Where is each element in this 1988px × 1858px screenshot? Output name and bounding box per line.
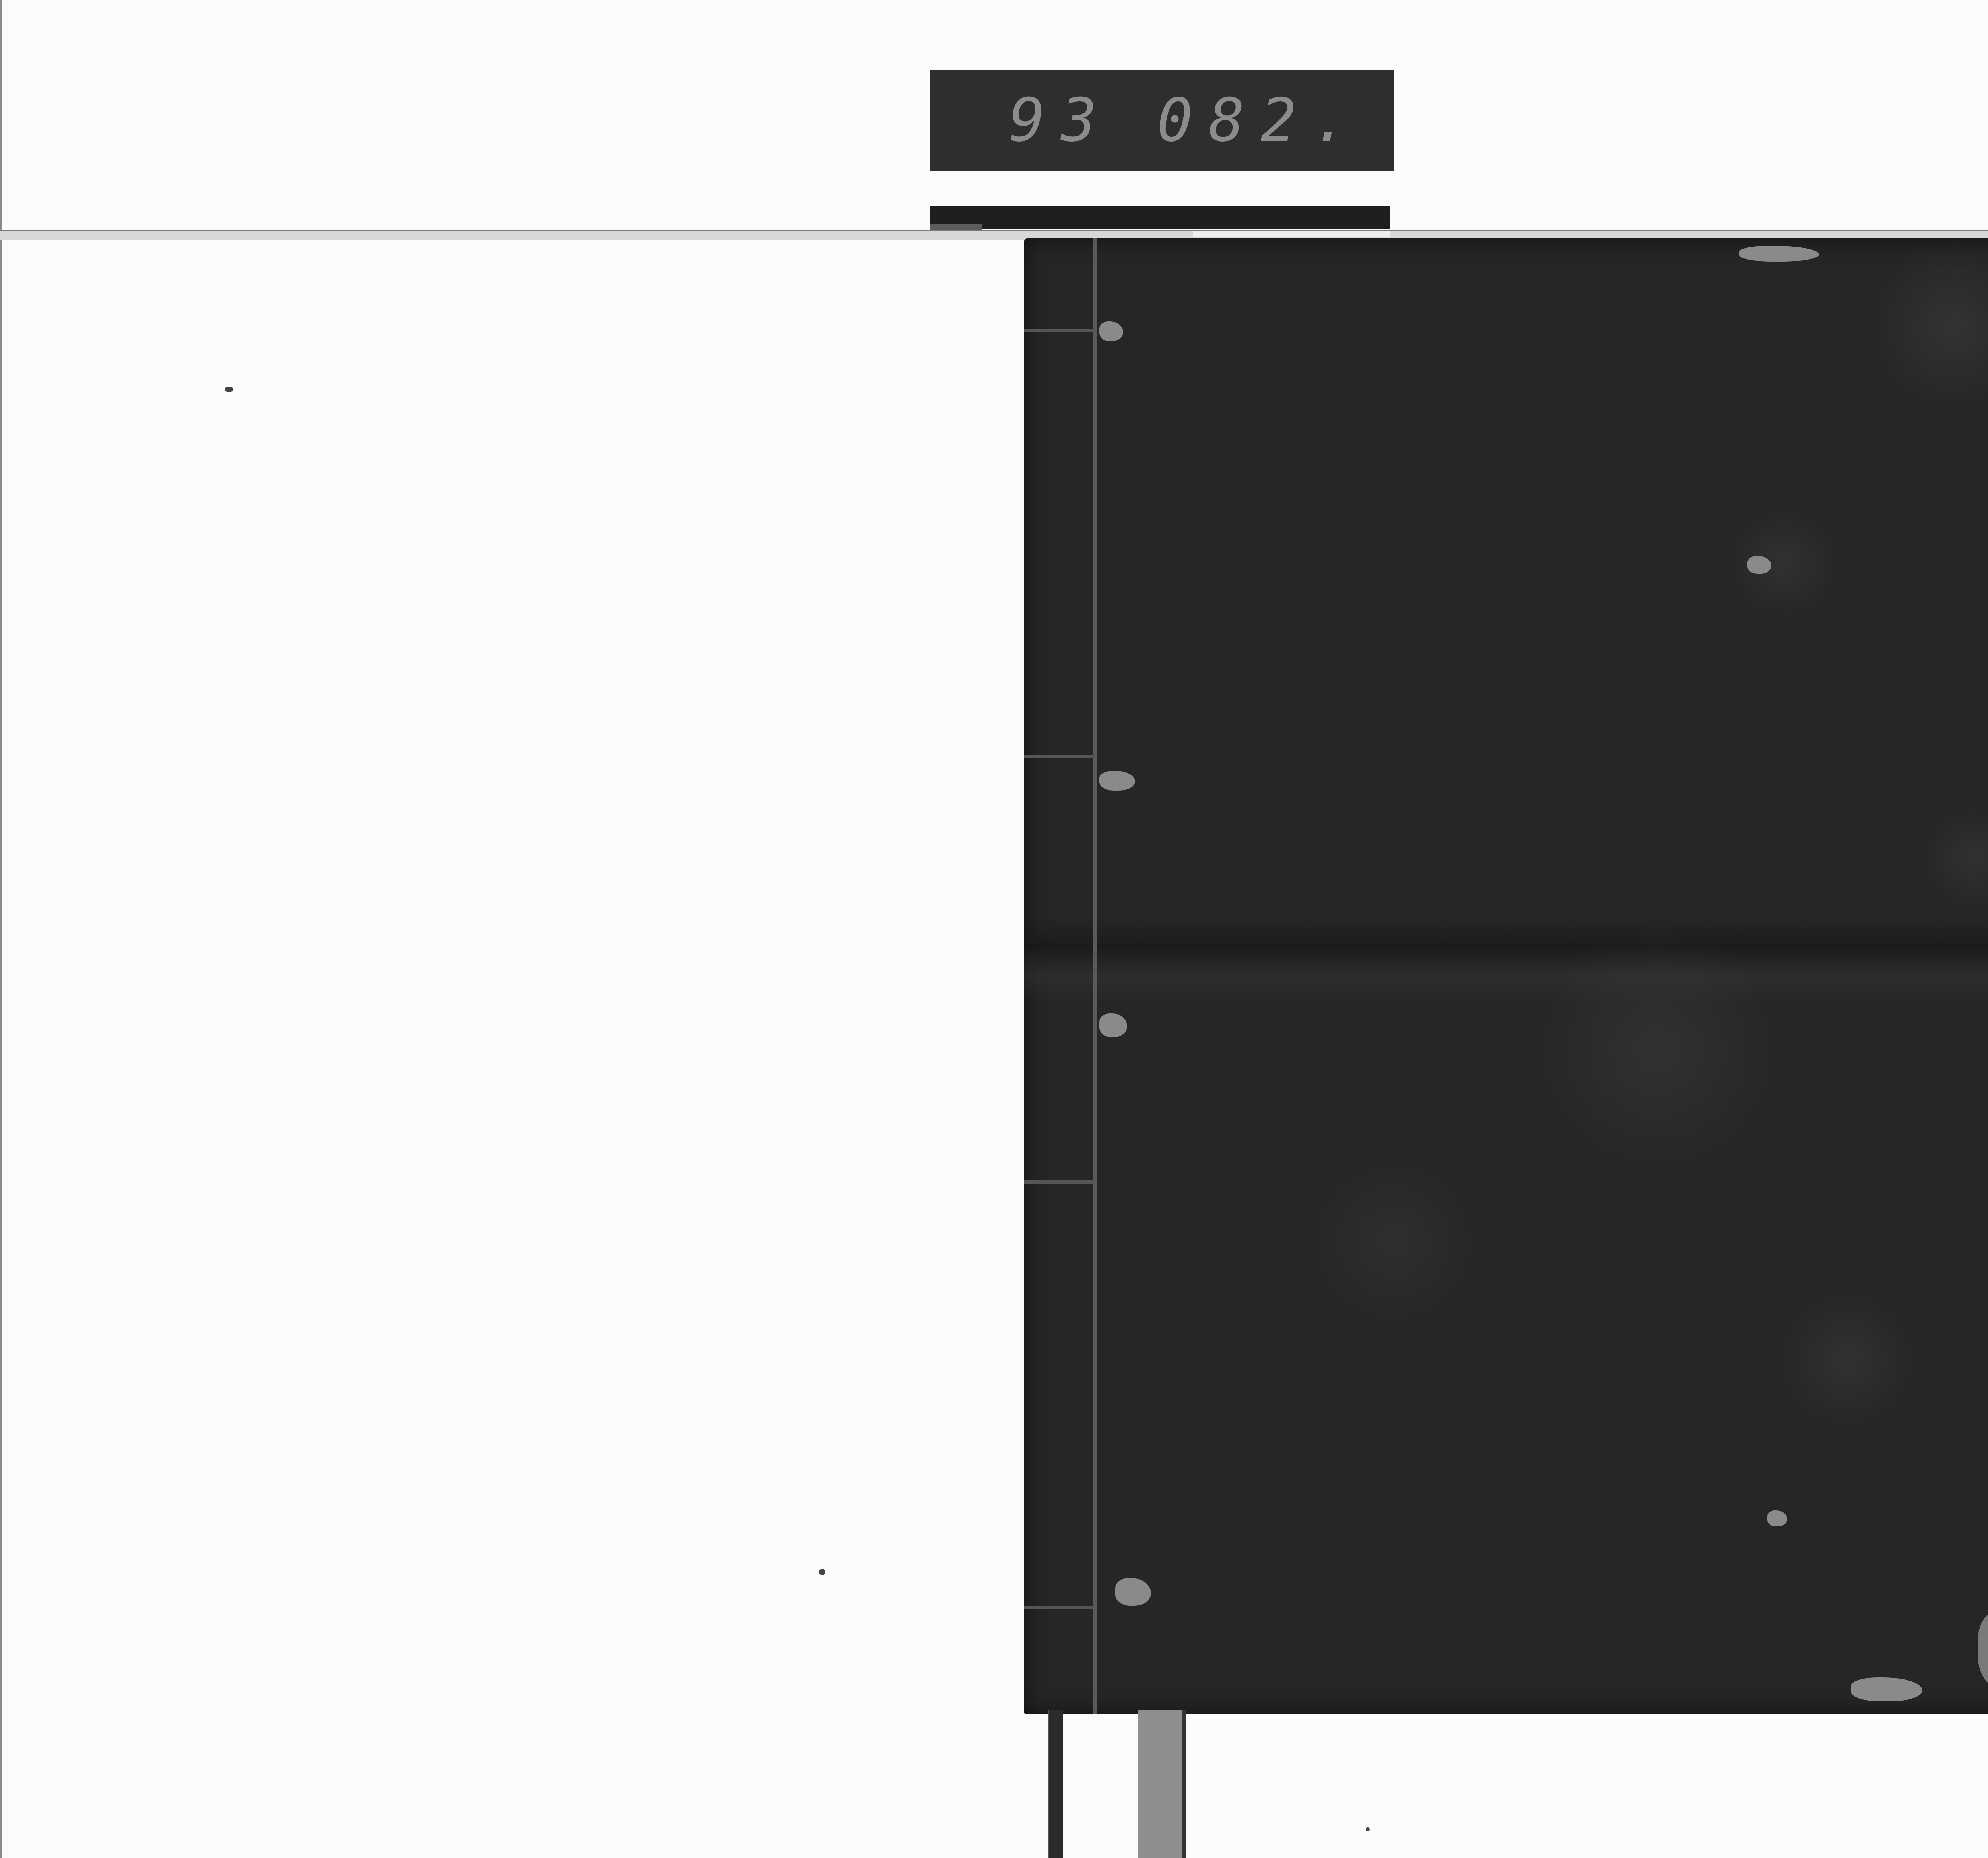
counter-bar-strip — [930, 224, 982, 230]
frame-counter-display: 93 082. — [930, 70, 1394, 171]
dust-speck — [819, 1569, 825, 1575]
book-cover — [1024, 238, 1988, 1714]
cover-wear-spot — [1747, 556, 1771, 574]
roll-number: 93 — [1009, 86, 1113, 155]
cover-wear-spot — [1099, 1013, 1127, 1037]
dust-speck — [1366, 1827, 1370, 1831]
binding-stitch — [1024, 1180, 1095, 1184]
frame-number: 082. — [1157, 86, 1364, 155]
binding-thread — [1093, 238, 1097, 1714]
cover-wear-spot — [1115, 1578, 1151, 1606]
scanner-left-edge — [0, 0, 2, 1858]
cover-wear-spot — [1767, 1510, 1787, 1526]
binding-stitch — [1024, 755, 1095, 758]
cover-wear-spot — [1978, 1610, 1988, 1689]
counter-bar-gap — [1193, 231, 1390, 237]
cover-wear-spot — [1851, 1677, 1922, 1701]
bookmark-ribbon — [1138, 1710, 1186, 1858]
counter-bar — [930, 206, 1390, 229]
binding-stitch — [1024, 329, 1095, 332]
cover-wear-spot — [1099, 771, 1135, 791]
bookmark-ribbon — [1048, 1710, 1063, 1858]
cover-wear-spot — [1099, 321, 1123, 341]
cover-wear-spot — [1739, 246, 1819, 262]
dust-speck — [225, 387, 233, 392]
binding-stitch — [1024, 1606, 1095, 1609]
